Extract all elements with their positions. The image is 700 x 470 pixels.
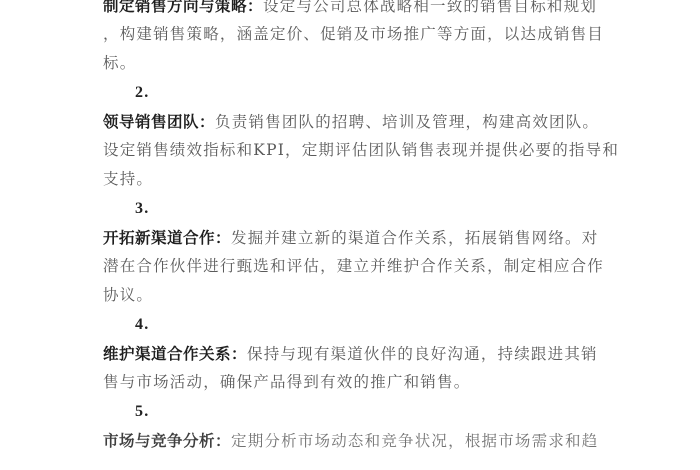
item-number: 4. — [103, 316, 149, 333]
item-number-line: 2. — [103, 78, 593, 107]
item-heading: 领导销售团队： — [103, 112, 215, 131]
item-text: 售与市场活动，确保产品得到有效的推广和销售。 — [103, 373, 470, 391]
item-text: 协议。 — [103, 286, 153, 304]
paragraph-line: 领导销售团队：负责销售团队的招聘、培训及管理，构建高效团队。 — [103, 107, 593, 136]
paragraph-line: 开拓新渠道合作：发掘并建立新的渠道合作关系，拓展销售网络。对 — [103, 223, 593, 252]
item-number-line: 4. — [103, 310, 593, 339]
paragraph-line: 协议。 — [103, 281, 593, 310]
paragraph-line: 市场与竞争分析：定期分析市场动态和竞争状况，根据市场需求和趋 — [103, 426, 593, 455]
paragraph-line: 标。 — [103, 49, 593, 78]
item-text: 设定与公司总体战略相一致的销售目标和规划 — [263, 0, 597, 15]
item-number: 2. — [103, 84, 149, 101]
paragraph-line: 设定销售绩效指标和KPI，定期评估团队销售表现并提供必要的指导和 — [103, 136, 593, 165]
item-text: 负责销售团队的招聘、培训及管理，构建高效团队。 — [215, 113, 599, 131]
paragraph-line: 制定销售方向与策略：设定与公司总体战略相一致的销售目标和规划 — [103, 0, 593, 20]
paragraph-line: 售与市场活动，确保产品得到有效的推广和销售。 — [103, 368, 593, 397]
paragraph-line: ，构建销售策略，涵盖定价、促销及市场推广等方面，以达成销售目 — [103, 20, 593, 49]
item-text: 潜在合作伙伴进行甄选和评估，建立并维护合作关系，制定相应合作 — [103, 257, 604, 275]
item-number-line: 3. — [103, 194, 593, 223]
item-text: 设定销售绩效指标和KPI，定期评估团队销售表现并提供必要的指导和 — [103, 141, 619, 159]
item-heading: 制定销售方向与策略： — [103, 0, 263, 15]
item-text: 支持。 — [103, 170, 153, 188]
item-number: 5. — [103, 403, 149, 420]
item-number: 3. — [103, 200, 149, 217]
paragraph-line: 维护渠道合作关系：保持与现有渠道伙伴的良好沟通，持续跟进其销 — [103, 339, 593, 368]
item-heading: 维护渠道合作关系： — [103, 344, 247, 363]
item-text: 标。 — [103, 54, 136, 72]
item-text: 保持与现有渠道伙伴的良好沟通，持续跟进其销 — [247, 345, 598, 363]
item-heading: 开拓新渠道合作： — [103, 228, 231, 247]
item-text: 发掘并建立新的渠道合作关系，拓展销售网络。对 — [231, 229, 598, 247]
item-heading: 市场与竞争分析： — [103, 431, 231, 450]
paragraph-line: 潜在合作伙伴进行甄选和评估，建立并维护合作关系，制定相应合作 — [103, 252, 593, 281]
item-number-line: 5. — [103, 397, 593, 426]
item-text: ，构建销售策略，涵盖定价、促销及市场推广等方面，以达成销售目 — [103, 25, 604, 43]
paragraph-line: 支持。 — [103, 165, 593, 194]
document-page: 制定销售方向与策略：设定与公司总体战略相一致的销售目标和规划 ，构建销售策略，涵… — [103, 0, 593, 455]
item-text: 定期分析市场动态和竞争状况，根据市场需求和趋 — [231, 432, 598, 450]
